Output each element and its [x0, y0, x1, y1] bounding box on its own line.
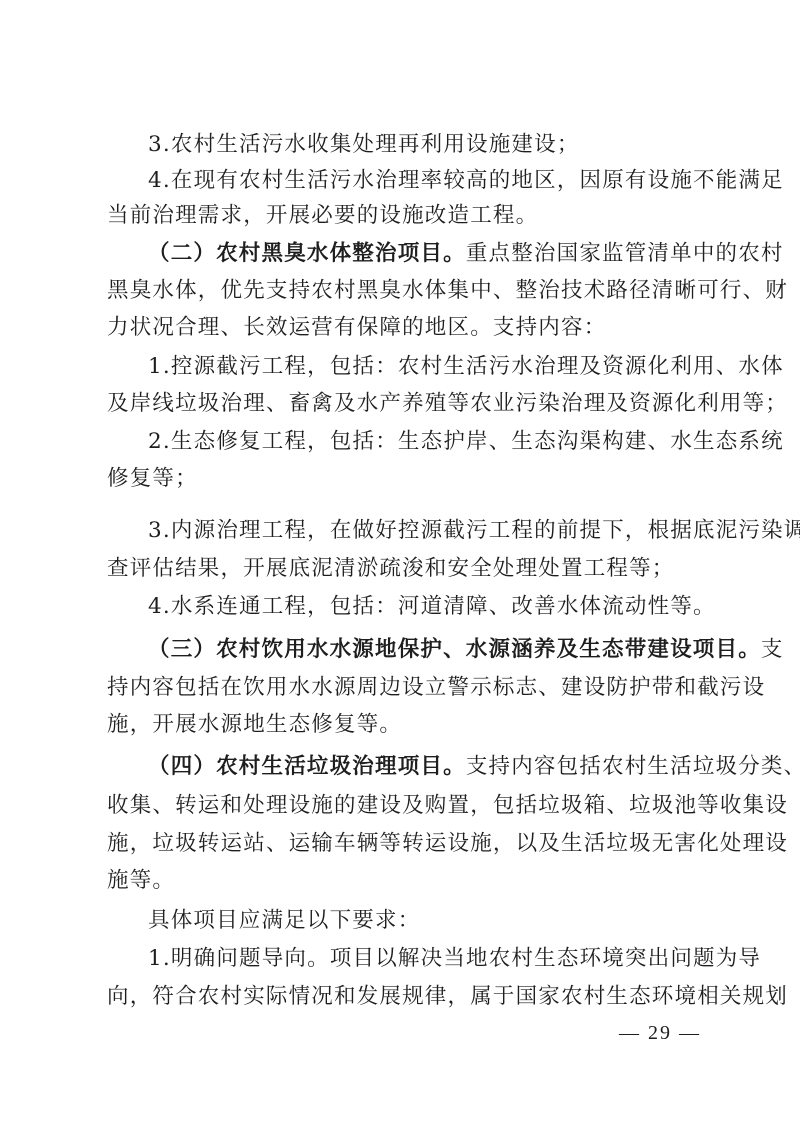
section-heading: （二）农村黑臭水体整治项目。: [148, 241, 466, 266]
line-text: 4.在现有农村生活污水治理率较高的地区，因原有设施不能满足: [148, 168, 784, 193]
line-text: 重点整治国家监管清单中的农村: [466, 241, 784, 266]
text-line: 4.在现有农村生活污水治理率较高的地区，因原有设施不能满足: [148, 168, 701, 194]
line-text: 3.内源治理工程，在做好控源截污工程的前提下，根据底泥污染调: [148, 518, 800, 543]
text-line: 具体项目应满足以下要求：: [148, 908, 701, 934]
text-line: 及岸线垃圾治理、畜禽及水产养殖等农业污染治理及资源化利用等；: [107, 391, 701, 417]
line-text: 黑臭水体，优先支持农村黑臭水体集中、整治技术路径清晰可行、财: [107, 278, 788, 303]
line-text: 2.生态修复工程，包括：生态护岸、生态沟渠构建、水生态系统: [148, 429, 784, 454]
line-text: 3.农村生活污水收集处理再利用设施建设；: [148, 132, 580, 157]
text-line: 2.生态修复工程，包括：生态护岸、生态沟渠构建、水生态系统: [148, 429, 701, 455]
text-line: 3.内源治理工程，在做好控源截污工程的前提下，根据底泥污染调: [148, 518, 701, 544]
text-line: 施等。: [107, 868, 701, 894]
line-text: 支: [761, 637, 784, 662]
text-line: （四）农村生活垃圾治理项目。支持内容包括农村生活垃圾分类、: [148, 754, 701, 780]
text-line: 力状况合理、长效运营有保障的地区。支持内容：: [107, 315, 701, 341]
section-heading: （三）农村饮用水水源地保护、水源涵养及生态带建设项目。: [148, 637, 761, 662]
line-text: 1.明确问题导向。项目以解决当地农村生态环境突出问题为导: [148, 946, 761, 971]
line-text: 具体项目应满足以下要求：: [148, 908, 420, 933]
line-text: 支持内容包括农村生活垃圾分类、: [466, 754, 800, 779]
text-line: 查评估结果，开展底泥清淤疏浚和安全处理处置工程等；: [107, 556, 701, 582]
line-text: 收集、转运和处理设施的建设及购置，包括垃圾箱、垃圾池等收集设: [107, 793, 788, 818]
line-text: 1.控源截污工程，包括：农村生活污水治理及资源化利用、水体: [148, 354, 784, 379]
text-line: 向，符合农村实际情况和发展规律，属于国家农村生态环境相关规划: [107, 984, 701, 1010]
text-line: 当前治理需求，开展必要的设施改造工程。: [107, 203, 701, 229]
page-number: — 29 —: [600, 1020, 720, 1046]
document-page: 3.农村生活污水收集处理再利用设施建设；4.在现有农村生活污水治理率较高的地区，…: [0, 0, 800, 1132]
line-text: 修复等；: [107, 466, 198, 491]
line-text: 施，垃圾转运站、运输车辆等转运设施，以及生活垃圾无害化处理设: [107, 831, 788, 856]
text-line: 黑臭水体，优先支持农村黑臭水体集中、整治技术路径清晰可行、财: [107, 278, 701, 304]
text-line: 持内容包括在饮用水水源周边设立警示标志、建设防护带和截污设: [107, 675, 701, 701]
line-text: 当前治理需求，开展必要的设施改造工程。: [107, 203, 538, 228]
text-line: 1.控源截污工程，包括：农村生活污水治理及资源化利用、水体: [148, 354, 701, 380]
text-line: 4.水系连通工程，包括：河道清障、改善水体流动性等。: [148, 594, 701, 620]
text-line: 1.明确问题导向。项目以解决当地农村生态环境突出问题为导: [148, 946, 701, 972]
line-text: 向，符合农村实际情况和发展规律，属于国家农村生态环境相关规划: [107, 984, 788, 1009]
line-text: 持内容包括在饮用水水源周边设立警示标志、建设防护带和截污设: [107, 675, 765, 700]
line-text: 查评估结果，开展底泥清淤疏浚和安全处理处置工程等；: [107, 556, 675, 581]
line-text: 4.水系连通工程，包括：河道清障、改善水体流动性等。: [148, 594, 716, 619]
line-text: 力状况合理、长效运营有保障的地区。支持内容：: [107, 315, 606, 340]
line-text: 及岸线垃圾治理、畜禽及水产养殖等农业污染治理及资源化利用等；: [107, 391, 788, 416]
text-line: 修复等；: [107, 466, 701, 492]
text-line: 3.农村生活污水收集处理再利用设施建设；: [148, 132, 701, 158]
text-line: 施，垃圾转运站、运输车辆等转运设施，以及生活垃圾无害化处理设: [107, 831, 701, 857]
text-line: （三）农村饮用水水源地保护、水源涵养及生态带建设项目。支: [148, 637, 701, 663]
section-heading: （四）农村生活垃圾治理项目。: [148, 754, 466, 779]
line-text: 施等。: [107, 868, 175, 893]
text-line: 收集、转运和处理设施的建设及购置，包括垃圾箱、垃圾池等收集设: [107, 793, 701, 819]
text-line: 施，开展水源地生态修复等。: [107, 712, 701, 738]
text-line: （二）农村黑臭水体整治项目。重点整治国家监管清单中的农村: [148, 241, 701, 267]
line-text: 施，开展水源地生态修复等。: [107, 712, 402, 737]
